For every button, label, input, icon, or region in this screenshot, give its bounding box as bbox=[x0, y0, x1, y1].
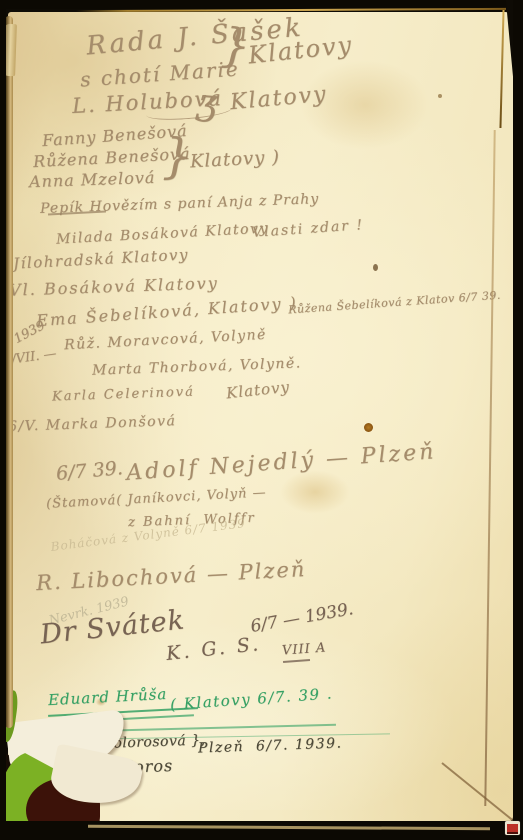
paper-stain bbox=[373, 264, 378, 271]
scanned-guestbook-page: Rada J. Šašek } Klatovy s chotí Marie L.… bbox=[0, 0, 523, 840]
page-stack-edge bbox=[5, 16, 13, 728]
scan-border bbox=[0, 821, 523, 840]
brace-glyph: } bbox=[162, 128, 193, 184]
scan-border bbox=[513, 0, 523, 840]
paper-stain bbox=[438, 94, 442, 98]
corner-red-marker-icon bbox=[505, 821, 520, 835]
signature-class: VIII A bbox=[282, 640, 327, 658]
scan-border bbox=[0, 0, 6, 840]
paper-stain bbox=[280, 470, 350, 514]
paper-stain bbox=[364, 423, 373, 432]
corner-red-marker-fill bbox=[507, 824, 518, 834]
